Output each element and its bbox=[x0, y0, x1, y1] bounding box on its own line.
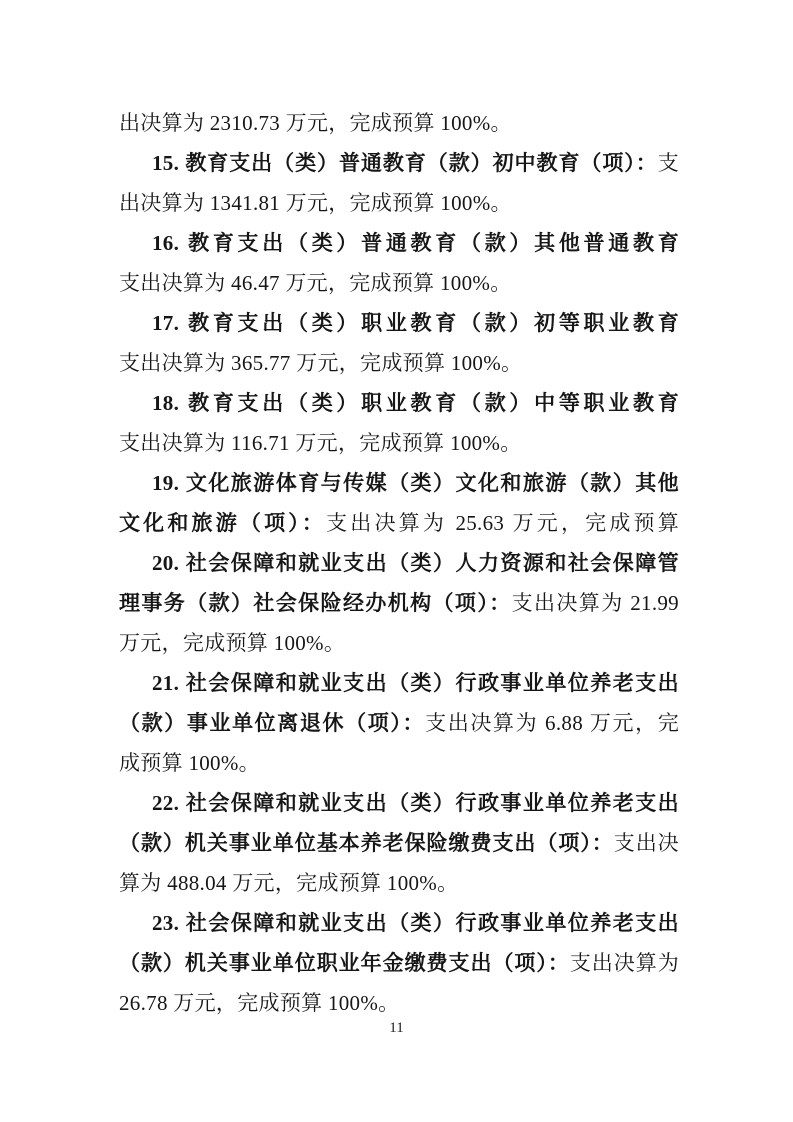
item-17-line-2: 支出决算为 365.77 万元，完成预算 100%。 bbox=[119, 343, 679, 383]
heading-text-run: 理事务（款）社会保险经办机构（项）： bbox=[119, 591, 512, 615]
heading-text-run: 18. 教育支出（类）职业教育（款）中等职业教育（项）: bbox=[119, 391, 679, 423]
heading-text-run: 22. 社会保障和就业支出（类）行政事业单位养老支出 bbox=[152, 791, 679, 815]
body-text-run: 支出决算为 21.99 bbox=[512, 591, 679, 615]
body-text-run: 万元，完成预算 100%。 bbox=[119, 631, 345, 655]
body-text-run: 26.78 万元，完成预算 100%。 bbox=[119, 991, 399, 1015]
item-21-line-3: 成预算 100%。 bbox=[119, 743, 679, 783]
page-number: 11 bbox=[0, 1020, 793, 1037]
item-21-line-1: 21. 社会保障和就业支出（类）行政事业单位养老支出 bbox=[119, 663, 679, 703]
heading-text-run: 23. 社会保障和就业支出（类）行政事业单位养老支出 bbox=[152, 911, 679, 935]
heading-text-run: 21. 社会保障和就业支出（类）行政事业单位养老支出 bbox=[152, 671, 679, 695]
item-16-line-2: 支出决算为 46.47 万元，完成预算 100%。 bbox=[119, 263, 679, 303]
heading-text-run: 16. 教育支出（类）普通教育（款）其他普通教育（项）: bbox=[119, 231, 679, 263]
item-19-line-1: 19. 文化旅游体育与传媒（类）文化和旅游（款）其他 bbox=[119, 463, 679, 503]
body-text-run: 支出决算为 bbox=[570, 951, 679, 975]
item-23-line-2: （款）机关事业单位职业年金缴费支出（项）：支出决算为 bbox=[119, 943, 679, 983]
item-20-line-3: 万元，完成预算 100%。 bbox=[119, 623, 679, 663]
item-18-line-1: 18. 教育支出（类）职业教育（款）中等职业教育（项）: bbox=[119, 383, 679, 423]
item-20-line-1: 20. 社会保障和就业支出（类）人力资源和社会保障管 bbox=[119, 543, 679, 583]
item-15-line-1: 15. 教育支出（类）普通教育（款）初中教育（项）：支 bbox=[119, 143, 679, 183]
heading-text-run: （款）事业单位离退休（项）： bbox=[119, 711, 425, 735]
heading-text-run: 17. 教育支出（类）职业教育（款）初等职业教育（项）: bbox=[119, 311, 679, 343]
document-page: 出决算为 2310.73 万元，完成预算 100%。15. 教育支出（类）普通教… bbox=[0, 0, 793, 1122]
heading-text-run: 20. 社会保障和就业支出（类）人力资源和社会保障管 bbox=[152, 551, 679, 575]
heading-text-run: 15. 教育支出（类）普通教育（款）初中教育（项）： bbox=[152, 151, 658, 175]
item-19-line-2: 文化和旅游（项）：支出决算为 25.63 万元，完成预算 100%。 bbox=[119, 503, 679, 543]
item-14-continuation-line: 出决算为 2310.73 万元，完成预算 100%。 bbox=[119, 103, 679, 143]
body-text-run: 支出决算为 365.77 万元，完成预算 100%。 bbox=[119, 351, 522, 375]
document-body: 出决算为 2310.73 万元，完成预算 100%。15. 教育支出（类）普通教… bbox=[119, 103, 679, 1023]
item-21-line-2: （款）事业单位离退休（项）：支出决算为 6.88 万元，完 bbox=[119, 703, 679, 743]
item-23-line-3: 26.78 万元，完成预算 100%。 bbox=[119, 983, 679, 1023]
body-text-run: 支出决算为 6.88 万元，完 bbox=[425, 711, 679, 735]
body-text-run: 支 bbox=[658, 151, 679, 175]
body-text-run: 出决算为 1341.81 万元，完成预算 100%。 bbox=[119, 191, 512, 215]
heading-text-run: 19. 文化旅游体育与传媒（类）文化和旅游（款）其他 bbox=[152, 471, 679, 495]
item-22-line-1: 22. 社会保障和就业支出（类）行政事业单位养老支出 bbox=[119, 783, 679, 823]
body-text-run: 成预算 100%。 bbox=[119, 751, 260, 775]
item-22-line-2: （款）机关事业单位基本养老保险缴费支出（项）：支出决 bbox=[119, 823, 679, 863]
item-18-line-2: 支出决算为 116.71 万元，完成预算 100%。 bbox=[119, 423, 679, 463]
item-15-line-2: 出决算为 1341.81 万元，完成预算 100%。 bbox=[119, 183, 679, 223]
body-text-run: 支出决算为 116.71 万元，完成预算 100%。 bbox=[119, 431, 522, 455]
body-text-run: 支出决 bbox=[614, 831, 679, 855]
heading-text-run: （款）机关事业单位基本养老保险缴费支出（项）： bbox=[119, 831, 614, 855]
item-16-line-1: 16. 教育支出（类）普通教育（款）其他普通教育（项）: bbox=[119, 223, 679, 263]
item-17-line-1: 17. 教育支出（类）职业教育（款）初等职业教育（项）: bbox=[119, 303, 679, 343]
item-20-line-2: 理事务（款）社会保险经办机构（项）：支出决算为 21.99 bbox=[119, 583, 679, 623]
body-text-run: 出决算为 2310.73 万元，完成预算 100%。 bbox=[119, 111, 512, 135]
body-text-run: 支出决算为 46.47 万元，完成预算 100%。 bbox=[119, 271, 512, 295]
heading-text-run: 文化和旅游（项）： bbox=[119, 511, 326, 535]
item-23-line-1: 23. 社会保障和就业支出（类）行政事业单位养老支出 bbox=[119, 903, 679, 943]
heading-text-run: （款）机关事业单位职业年金缴费支出（项）： bbox=[119, 951, 570, 975]
item-22-line-3: 算为 488.04 万元，完成预算 100%。 bbox=[119, 863, 679, 903]
body-text-run: 算为 488.04 万元，完成预算 100%。 bbox=[119, 871, 458, 895]
